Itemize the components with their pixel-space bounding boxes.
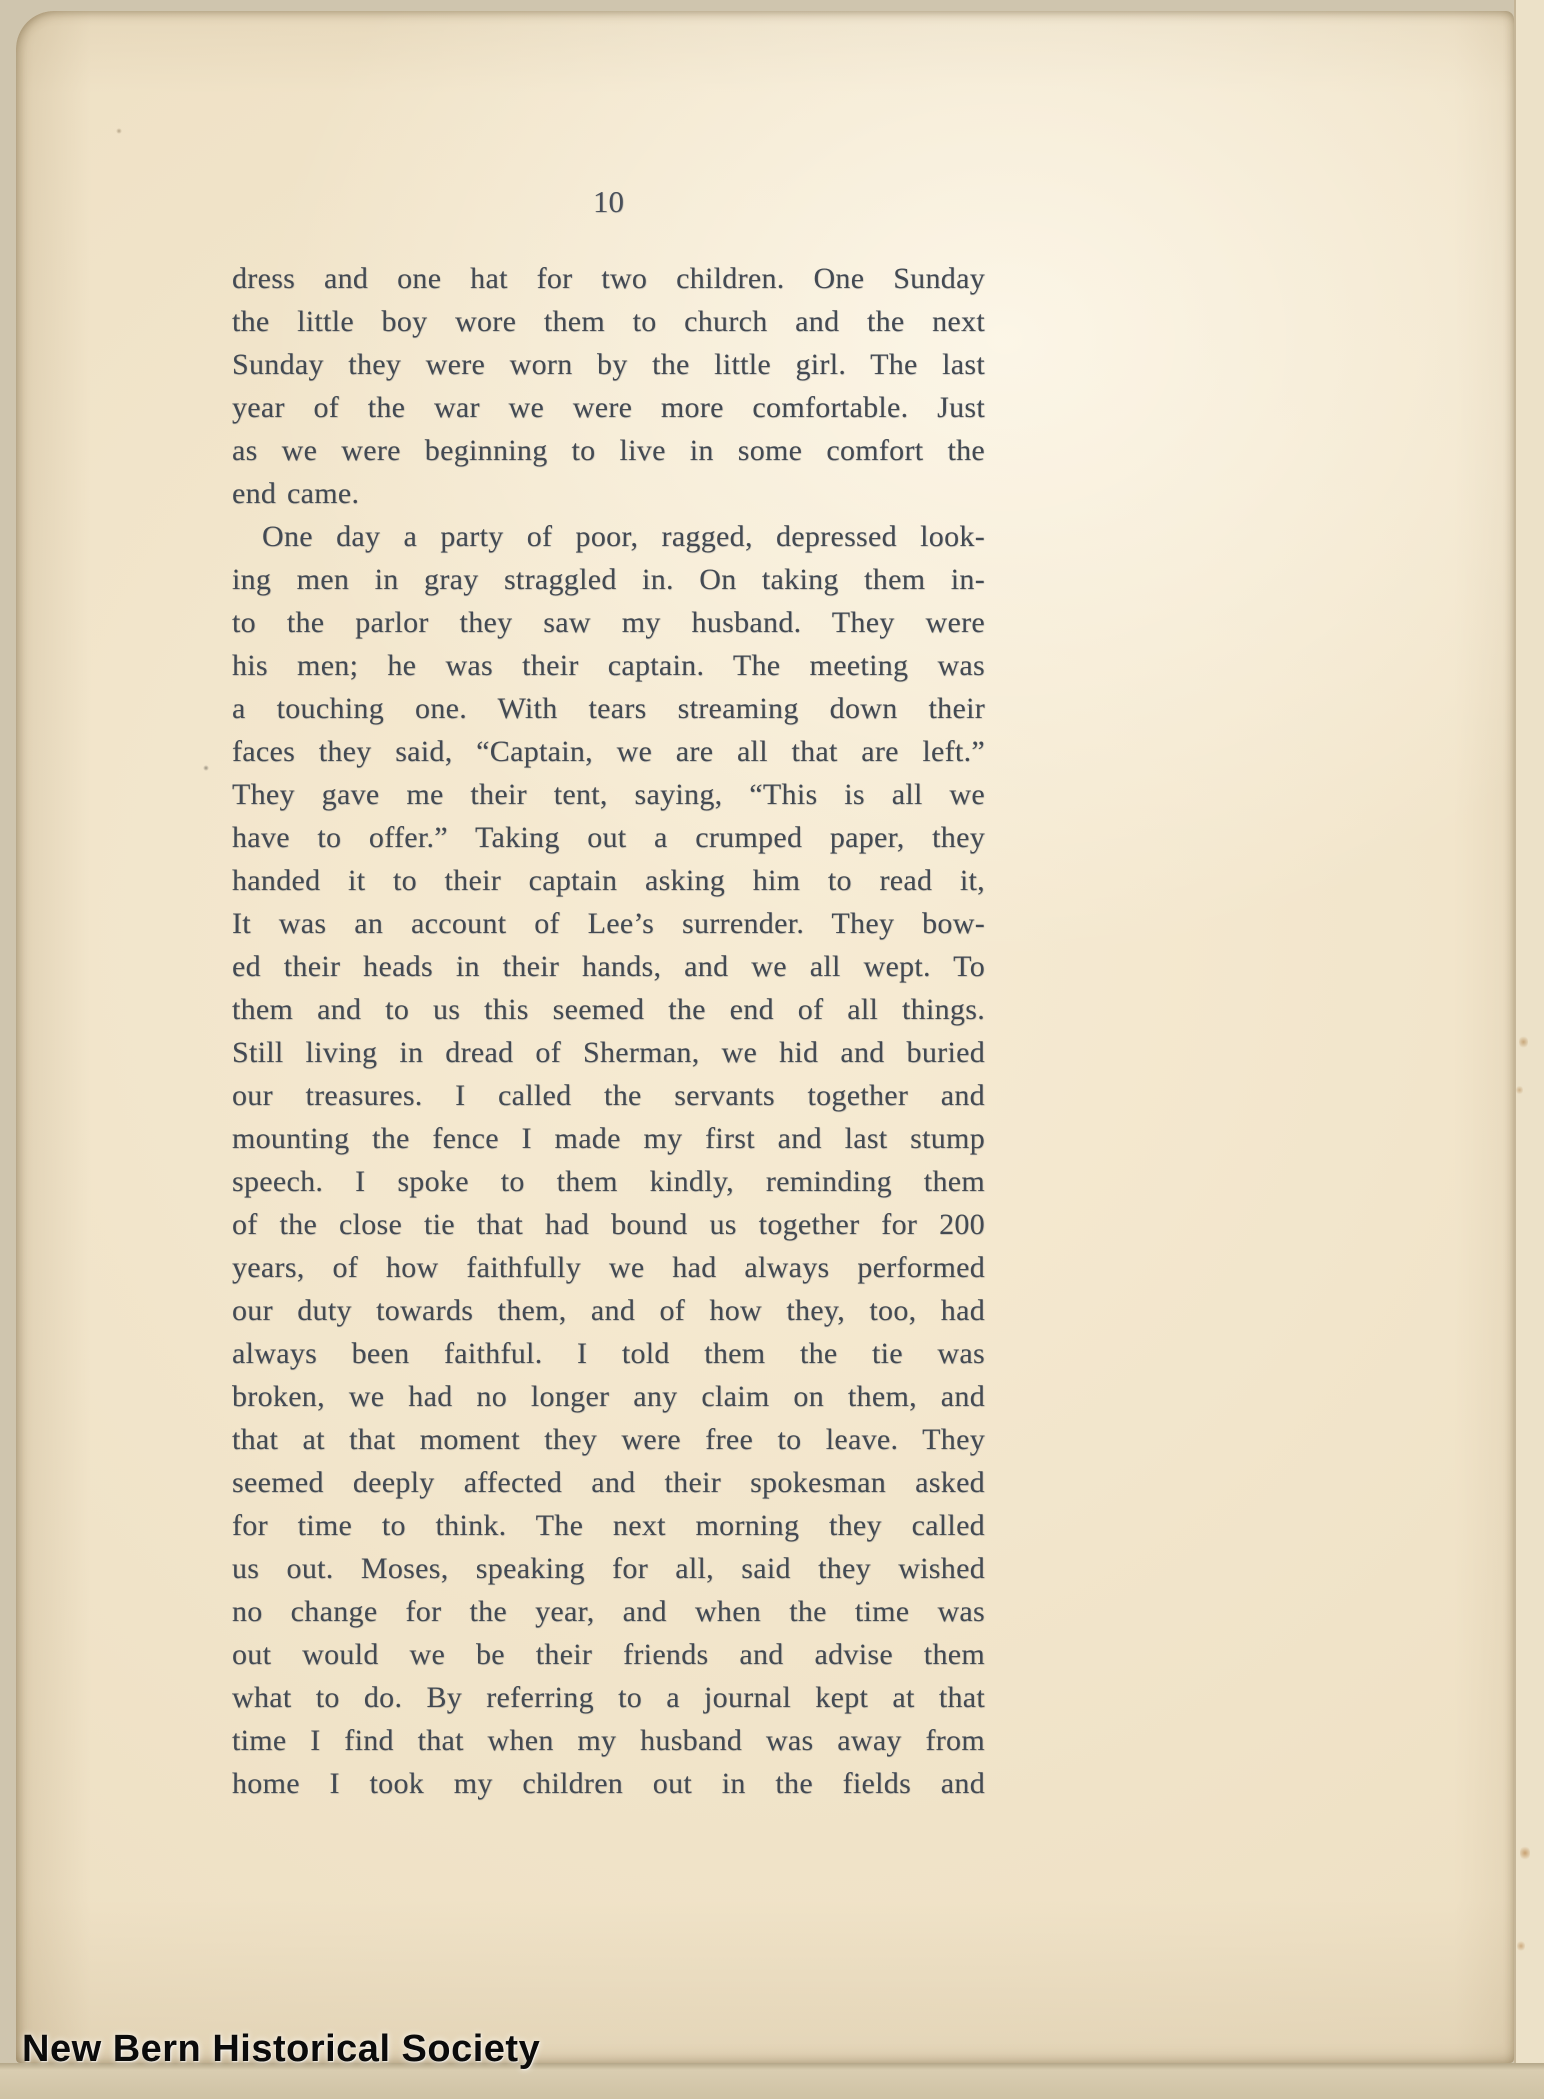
text-line: what to do. By referring to a journal ke… xyxy=(232,1676,985,1719)
foxing-spot xyxy=(1519,1035,1528,1049)
text-line: They gave me their tent, saying, “This i… xyxy=(232,773,985,816)
text-line: dress and one hat for two children. One … xyxy=(232,257,985,300)
text-line: One day a party of poor, ragged, depress… xyxy=(232,515,985,558)
text-line: faces they said, “Captain, we are all th… xyxy=(232,730,985,773)
text-line: have to offer.” Taking out a crumped pap… xyxy=(232,816,985,859)
text-line: our duty towards them, and of how they, … xyxy=(232,1289,985,1332)
foxing-spot xyxy=(1516,1085,1523,1095)
text-line: seemed deeply affected and their spokesm… xyxy=(232,1461,985,1504)
text-line: speech. I spoke to them kindly, remindin… xyxy=(232,1160,985,1203)
text-line: for time to think. The next morning they… xyxy=(232,1504,985,1547)
text-line: mounting the fence I made my first and l… xyxy=(232,1117,985,1160)
text-line: his men; he was their captain. The meeti… xyxy=(232,644,985,687)
text-line: years, of how faithfully we had always p… xyxy=(232,1246,985,1289)
text-line: them and to us this seemed the end of al… xyxy=(232,988,985,1031)
paper-speck xyxy=(116,128,122,134)
text-line: home I took my children out in the field… xyxy=(232,1762,985,1805)
text-line: ing men in gray straggled in. On taking … xyxy=(232,558,985,601)
text-line: always been faithful. I told them the ti… xyxy=(232,1332,985,1375)
body-text: dress and one hat for two children. One … xyxy=(232,257,985,1805)
text-line: a touching one. With tears streaming dow… xyxy=(232,687,985,730)
text-line: out would we be their friends and advise… xyxy=(232,1633,985,1676)
watermark-label: New Bern Historical Society xyxy=(22,2028,540,2071)
text-line: It was an account of Lee’s surrender. Th… xyxy=(232,902,985,945)
foxing-spot xyxy=(1520,1845,1530,1861)
text-line: our treasures. I called the servants tog… xyxy=(232,1074,985,1117)
text-line: year of the war we were more comfortable… xyxy=(232,386,985,429)
text-line: us out. Moses, speaking for all, said th… xyxy=(232,1547,985,1590)
text-line: time I find that when my husband was awa… xyxy=(232,1719,985,1762)
text-line: Sunday they were worn by the little girl… xyxy=(232,343,985,386)
text-line: of the close tie that had bound us toget… xyxy=(232,1203,985,1246)
scanned-book-page: 10 dress and one hat for two children. O… xyxy=(0,0,1544,2099)
text-line: Still living in dread of Sherman, we hid… xyxy=(232,1031,985,1074)
text-line: as we were beginning to live in some com… xyxy=(232,429,985,472)
text-line: ed their heads in their hands, and we al… xyxy=(232,945,985,988)
text-line: handed it to their captain asking him to… xyxy=(232,859,985,902)
page-right-edge xyxy=(1514,0,1544,2099)
ink-speck xyxy=(203,765,209,771)
foxing-spot xyxy=(1517,1940,1525,1952)
page-number: 10 xyxy=(232,184,985,220)
text-line: that at that moment they were free to le… xyxy=(232,1418,985,1461)
text-line: broken, we had no longer any claim on th… xyxy=(232,1375,985,1418)
text-line: no change for the year, and when the tim… xyxy=(232,1590,985,1633)
text-line: to the parlor they saw my husband. They … xyxy=(232,601,985,644)
text-line: end came. xyxy=(232,472,985,515)
text-line: the little boy wore them to church and t… xyxy=(232,300,985,343)
